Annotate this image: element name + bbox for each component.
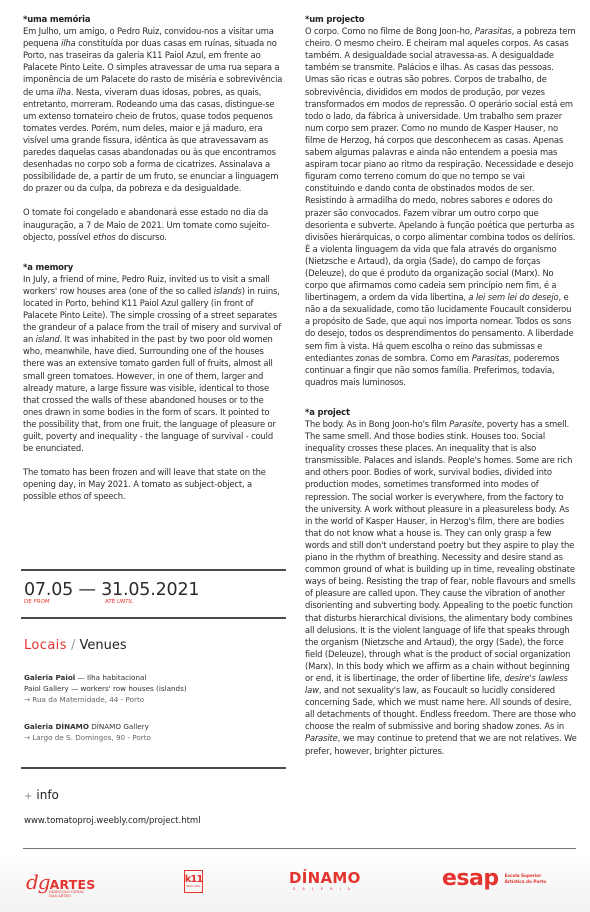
dinamo-logo: DÍNAMO GALERIA <box>289 870 361 891</box>
paragraph-tomato-en: The tomato has been frozen and will leav… <box>23 466 285 502</box>
dgartes-sub2: DAS ARTES <box>49 894 84 898</box>
until-label-en: UNTIL <box>117 599 133 605</box>
paragraph-projecto-pt: O corpo. Como no filme de Bong Joon-ho, … <box>305 25 577 388</box>
dinamo-word: DÍNAMO <box>289 870 361 886</box>
venue-galeria-dinamo: Galeria DÍNAMO DÍNAMO Gallery → Largo de… <box>24 721 151 743</box>
paragraph-tomate-pt: O tomate foi congelado e abandonará esse… <box>23 206 285 242</box>
venue-subtitle: — Ilha habitacional <box>75 673 146 682</box>
k11-sub: PAIOL AZUL <box>186 885 201 888</box>
dinamo-sub: GALERIA <box>289 887 361 891</box>
left-column: *uma memória Em Julho, um amigo, o Pedro… <box>23 13 285 502</box>
project-website-link[interactable]: www.tomatoproj.weebly.com/project.html <box>24 816 201 826</box>
divider-bottom-dates <box>21 617 286 619</box>
venues-title-pt: Locais <box>24 638 67 653</box>
k11-logo: k11 PAIOL AZUL <box>184 870 203 893</box>
info-heading: +info <box>24 788 59 802</box>
date-range-text: 07.05 — 31.05.2021 <box>24 580 199 600</box>
paragraph-project-en: The body. As in Bong Joon-ho's film Para… <box>305 418 577 757</box>
date-range: 07.05 — 31.05.2021 DE FROM ATÉ UNTIL <box>24 580 199 605</box>
info-label: info <box>36 788 59 802</box>
venue-name-en: Paiol Gallery — workers' row houses (isl… <box>24 683 187 694</box>
dgartes-logo: dgARTES DIRECÇÃO-GERAL DAS ARTES <box>26 870 95 894</box>
venue-address: → Largo de S. Domingos, 90 - Porto <box>24 732 151 743</box>
esap-sub1: Escola Superior <box>505 873 542 878</box>
divider-footer <box>23 848 576 849</box>
heading-uma-memoria: *uma memória <box>23 13 285 25</box>
divider-top-dates <box>21 569 286 571</box>
paragraph-memoria-pt: Em Julho, um amigo, o Pedro Ruiz, convid… <box>23 25 285 194</box>
paragraph-memory-en: In July, a friend of mine, Pedro Ruiz, i… <box>23 273 285 454</box>
venue-address: → Rua da Maternidade, 44 - Porto <box>24 694 187 705</box>
from-label-en: FROM <box>33 599 49 605</box>
esap-word: esap <box>442 866 499 891</box>
venues-title: Locais / Venues <box>24 638 127 653</box>
venues-title-separator: / <box>67 638 80 653</box>
right-column: *um projecto O corpo. Como no filme de B… <box>305 13 577 757</box>
venues-title-en: Venues <box>80 638 127 653</box>
esap-logo: esap Escola Superior Artística do Porto <box>442 866 546 891</box>
heading-a-project: *a project <box>305 406 577 418</box>
k11-mark: k11 <box>185 875 203 885</box>
from-label-pt: DE <box>24 599 32 605</box>
plus-icon: + <box>24 791 32 802</box>
venue-name-prefix: Galeria <box>24 722 55 731</box>
dgartes-mark: dg <box>26 870 50 894</box>
divider-info <box>21 767 286 769</box>
esap-sub: Escola Superior Artística do Porto <box>505 873 547 884</box>
heading-a-memory: *a memory <box>23 261 285 273</box>
venue-name: DÍNAMO <box>55 722 88 731</box>
heading-um-projecto: *um projecto <box>305 13 577 25</box>
until-label-pt: ATÉ <box>105 599 115 605</box>
esap-sub2: Artística do Porto <box>505 879 547 884</box>
venue-subtitle: DÍNAMO Gallery <box>89 722 149 731</box>
venue-name: Galeria Paiol <box>24 673 75 682</box>
venue-galeria-paiol: Galeria Paiol — Ilha habitacional Paiol … <box>24 672 187 705</box>
